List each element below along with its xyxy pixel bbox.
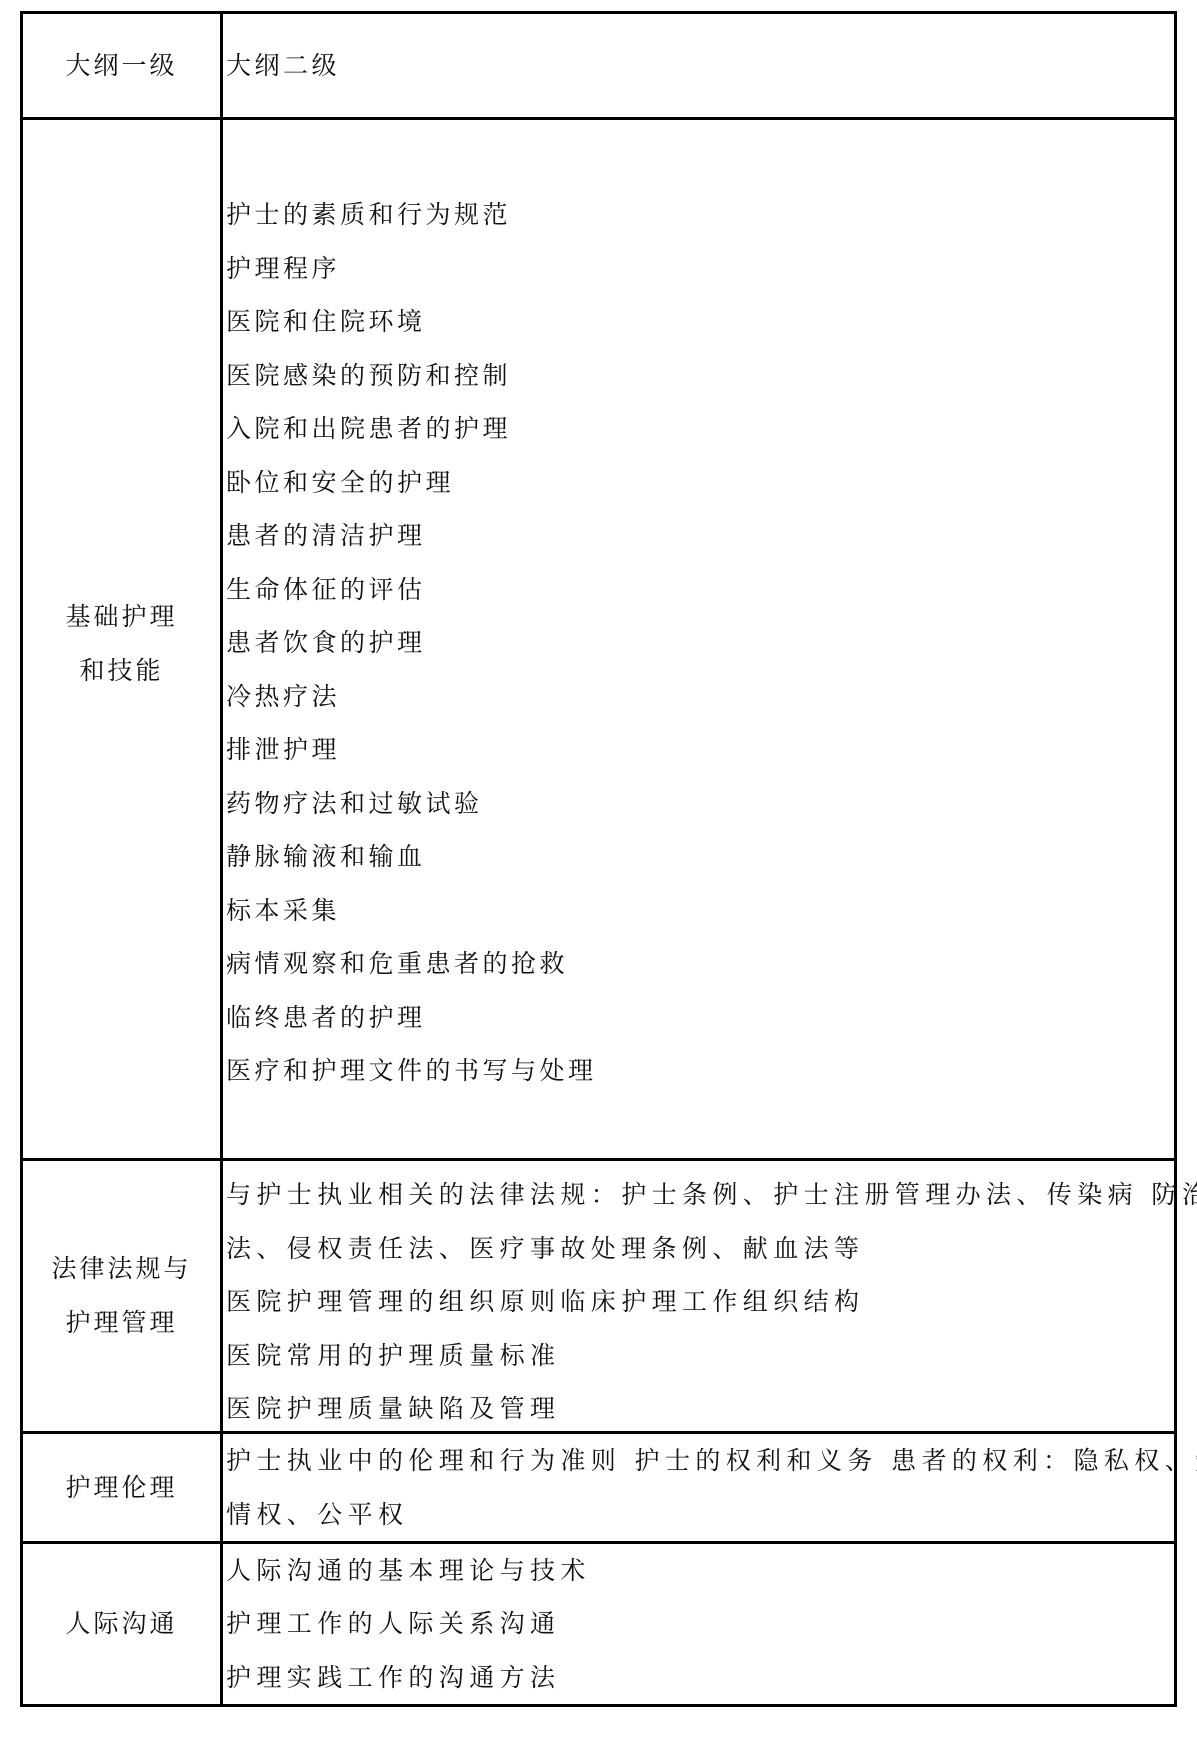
list-item: 患者的清洁护理 — [226, 509, 1174, 563]
list-item: 入院和出院患者的护理 — [226, 402, 1174, 456]
list-item: 医院护理管理的组织原则临床护理工作组织结构 — [226, 1275, 1174, 1329]
items-cell: 护士执业中的伦理和行为准则 护士的权利和义务 患者的权利：隐私权、知 情权、公平… — [223, 1434, 1174, 1541]
category-cell: 护理伦理 — [23, 1434, 223, 1541]
items-cell: 人际沟通的基本理论与技术 护理工作的人际关系沟通 护理实践工作的沟通方法 — [223, 1544, 1174, 1704]
list-item: 护理实践工作的沟通方法 — [226, 1651, 1174, 1705]
category-cell: 人际沟通 — [23, 1544, 223, 1704]
category-label: 法律法规与 — [51, 1242, 191, 1296]
table-row-nursing-ethics: 护理伦理 护士执业中的伦理和行为准则 护士的权利和义务 患者的权利：隐私权、知 … — [23, 1434, 1174, 1544]
category-label: 和技能 — [79, 644, 163, 698]
category-cell: 基础护理 和技能 — [23, 120, 223, 1158]
items-cell: 与护士执业相关的法律法规：护士条例、护士注册管理办法、传染病 防治 法、侵权责任… — [223, 1161, 1174, 1431]
category-cell: 法律法规与 护理管理 — [23, 1161, 223, 1431]
list-item: 卧位和安全的护理 — [226, 456, 1174, 510]
list-item: 药物疗法和过敏试验 — [226, 777, 1174, 831]
list-item: 与护士执业相关的法律法规：护士条例、护士注册管理办法、传染病 防治 — [226, 1168, 1174, 1222]
list-item: 临终患者的护理 — [226, 991, 1174, 1045]
list-item: 患者饮食的护理 — [226, 616, 1174, 670]
category-label: 基础护理 — [65, 590, 177, 644]
list-item: 医院和住院环境 — [226, 295, 1174, 349]
category-label: 护理管理 — [65, 1296, 177, 1350]
list-item: 人际沟通的基本理论与技术 — [226, 1544, 1174, 1598]
list-item: 生命体征的评估 — [226, 563, 1174, 617]
list-item: 护理工作的人际关系沟通 — [226, 1597, 1174, 1651]
list-item: 护理程序 — [226, 242, 1174, 296]
syllabus-table: 大纲一级 大纲二级 基础护理 和技能 护士的素质和行为规范 护理程序 医院和住院… — [20, 11, 1177, 1707]
list-item: 医院护理质量缺陷及管理 — [226, 1382, 1174, 1436]
table-row-law-management: 法律法规与 护理管理 与护士执业相关的法律法规：护士条例、护士注册管理办法、传染… — [23, 1161, 1174, 1434]
table-row-communication: 人际沟通 人际沟通的基本理论与技术 护理工作的人际关系沟通 护理实践工作的沟通方… — [23, 1544, 1174, 1704]
list-item: 护士执业中的伦理和行为准则 护士的权利和义务 患者的权利：隐私权、知 — [226, 1434, 1174, 1488]
list-item: 冷热疗法 — [226, 670, 1174, 724]
header-level1-label: 大纲一级 — [65, 39, 177, 93]
category-label: 人际沟通 — [65, 1597, 177, 1651]
list-item: 静脉输液和输血 — [226, 830, 1174, 884]
header-level2-label: 大纲二级 — [226, 39, 1174, 93]
items-cell: 护士的素质和行为规范 护理程序 医院和住院环境 医院感染的预防和控制 入院和出院… — [223, 120, 1174, 1158]
table-row-basic-nursing: 基础护理 和技能 护士的素质和行为规范 护理程序 医院和住院环境 医院感染的预防… — [23, 120, 1174, 1161]
list-item: 标本采集 — [226, 884, 1174, 938]
list-item: 情权、公平权 — [226, 1488, 1174, 1542]
list-item: 医疗和护理文件的书写与处理 — [226, 1044, 1174, 1098]
list-item: 护士的素质和行为规范 — [226, 188, 1174, 242]
list-item: 排泄护理 — [226, 723, 1174, 777]
header-cell-level2: 大纲二级 — [223, 14, 1174, 117]
list-item: 医院感染的预防和控制 — [226, 349, 1174, 403]
category-label: 护理伦理 — [65, 1461, 177, 1515]
header-cell-level1: 大纲一级 — [23, 14, 223, 117]
list-item: 医院常用的护理质量标准 — [226, 1329, 1174, 1383]
list-item: 法、侵权责任法、医疗事故处理条例、献血法等 — [226, 1222, 1174, 1276]
header-row: 大纲一级 大纲二级 — [23, 14, 1174, 120]
list-item: 病情观察和危重患者的抢救 — [226, 937, 1174, 991]
